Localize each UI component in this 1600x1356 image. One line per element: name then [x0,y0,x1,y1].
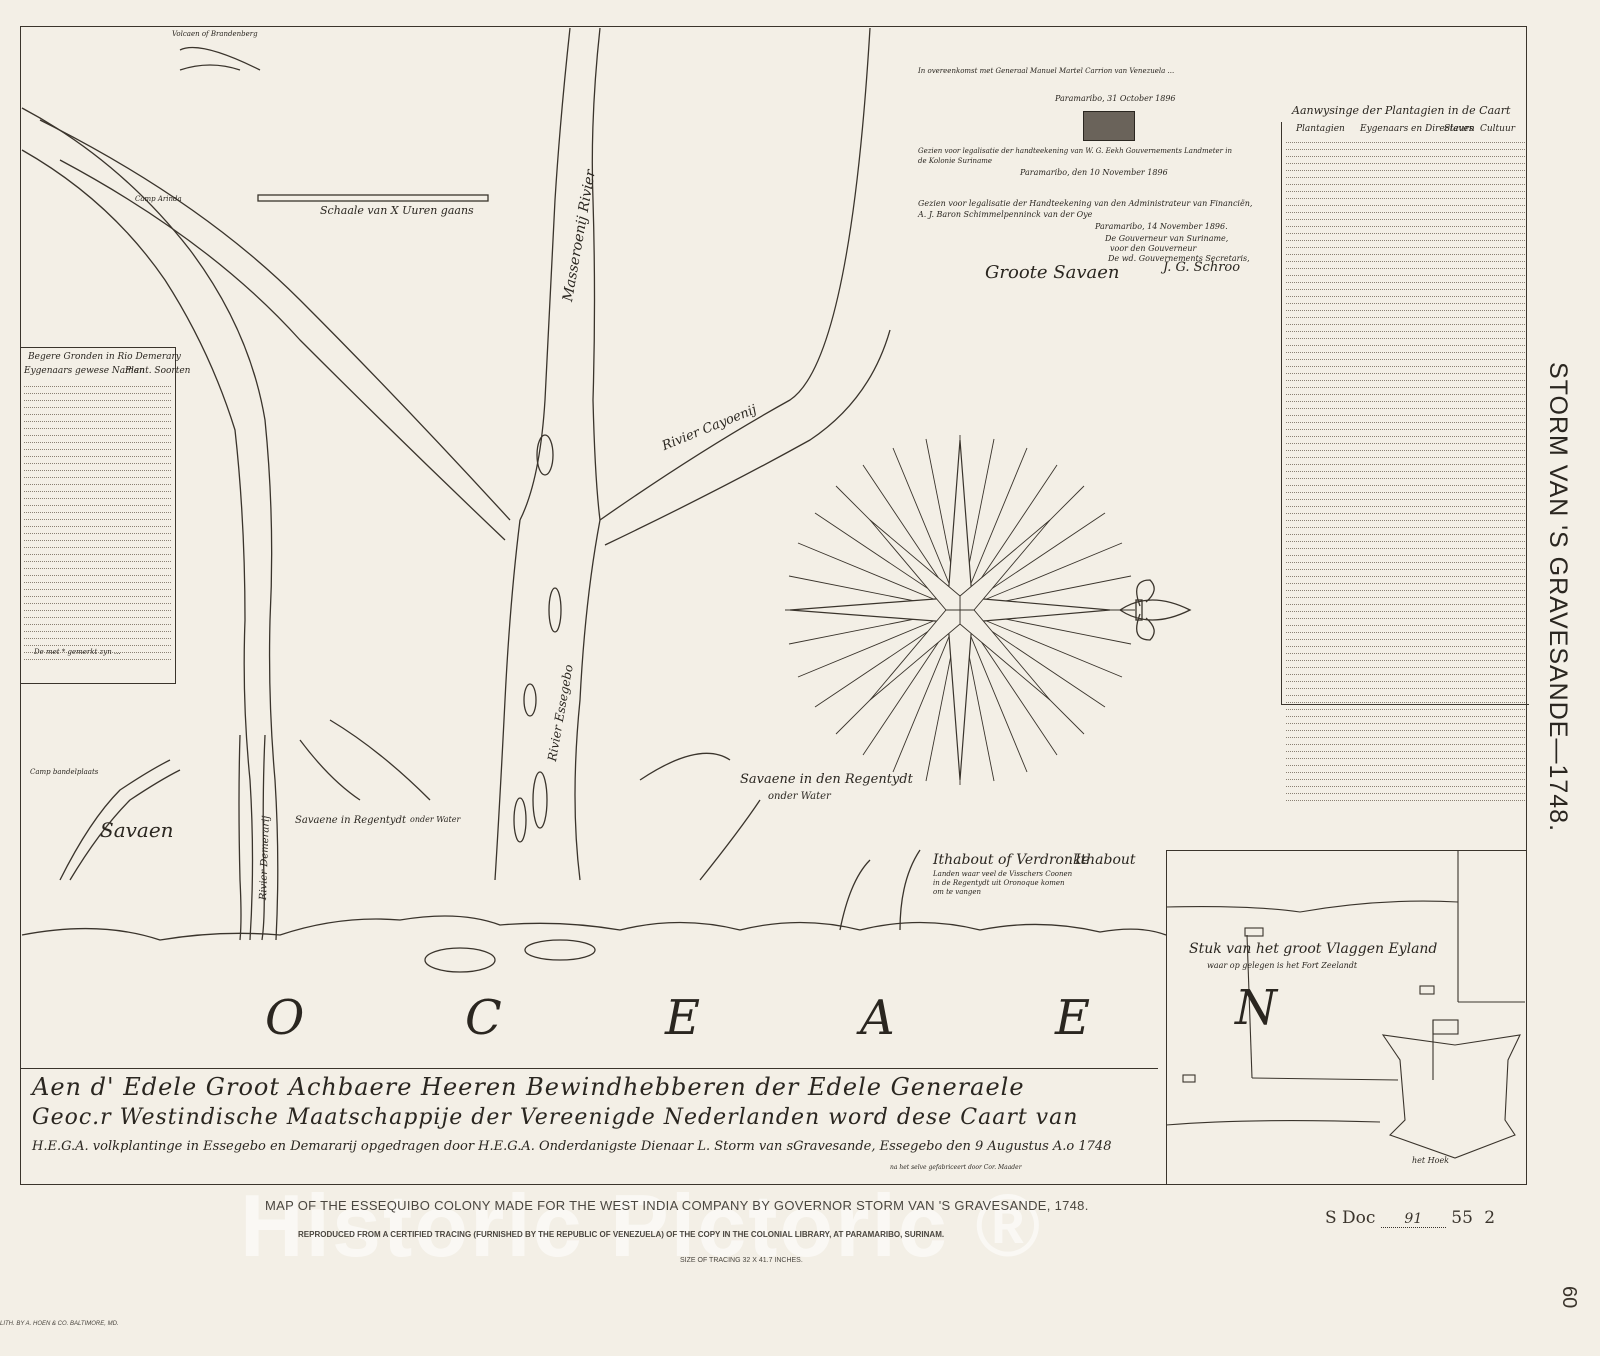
ocean-letter: C [465,990,502,1046]
cert-note-2: Gezien voor legalisatie der handteekenin… [918,146,1238,166]
doc-reference: S Doc 91 55 2 [1325,1208,1495,1228]
dedication-line-1: Aen d' Edele Groot Achbaere Heeren Bewin… [32,1073,1025,1101]
cert-note-3: Gezien voor legalisatie der Handteekenin… [918,198,1253,220]
cert-signature: J. G. Schroo [1163,260,1240,275]
doc-session: 2 [1484,1208,1495,1228]
legend-left-rows [20,380,175,660]
legend-left-note: De met * gemerkt zyn ... [34,648,121,656]
dedication-line-3: H.E.G.A. volkplantinge in Essegebo en De… [32,1139,1111,1154]
page-number: 60 [1557,1286,1580,1308]
caption-subtitle: REPRODUCED FROM A CERTIFIED TRACING (FUR… [298,1230,944,1239]
dedication-note: na het selve gefabriceert door Cor. Maad… [890,1164,1022,1171]
legend-right: Plantagien Eygenaars en Directeurs Slave… [1281,122,1529,705]
region-label-savaene-left: Savaene in Regentydt [295,815,406,826]
cert-date-3: Paramaribo, 14 November 1896. [1095,222,1228,231]
verdronke-note: Landen waar veel de Visschers Coonen in … [933,870,1073,897]
legend-right-rows [1282,136,1529,801]
region-label-ithabout-verdronke: Ithabout of Verdronke [933,852,1090,868]
dedication-cartouche: Aen d' Edele Groot Achbaere Heeren Bewin… [20,1068,1158,1184]
inset-title: Stuk van het groot Vlaggen Eyland [1189,941,1437,957]
region-label-savaen: Savaen [100,818,174,842]
cert-note-1: In overeenkomst met Generaal Manuel Mart… [918,66,1238,76]
ocean-letter: E [1055,990,1090,1046]
doc-number: 91 [1381,1211,1446,1228]
caption-printer: LITH. BY A. HOEN & CO. BALTIMORE, MD. [0,1321,119,1327]
revenue-stamp [1083,111,1135,141]
legend-right-title: Aanwysinge der Plantagien in de Caart [1292,104,1510,117]
dedication-line-2: Geoc.r Westindische Maatschappije der Ve… [32,1105,1078,1130]
ocean-letter: E [665,990,700,1046]
region-label-savaene-regentydt: Savaene in den Regentydt [740,772,913,787]
doc-prefix: S Doc [1325,1208,1375,1228]
ocean-letter: A [860,990,895,1046]
cert-signoff-1: De Gouverneur van Suriname, [1105,234,1228,243]
caption-size-note: SIZE OF TRACING 32 X 41.7 INCHES. [680,1257,803,1264]
legend-right-col: Plantagien [1296,124,1345,134]
legend-left-col: Eygenaars [24,366,72,376]
region-label-onder-water: onder Water [768,791,831,802]
inset-het-hoek: het Hoek [1412,1156,1449,1165]
cert-date-2: Paramaribo, den 10 November 1896 [1020,168,1168,177]
legend-left-col: Plant. Soorten [125,366,190,376]
region-label-groote-savaen: Groote Savaen [985,262,1119,283]
inset-subtitle: waar op gelegen is het Fort Zeelandt [1207,961,1357,970]
region-label-ithabout: Ithabout [1075,852,1136,868]
arinda-note: Camp Arinda [135,195,182,203]
scale-bar-label: Schaale van X Uuren gaans [320,204,474,217]
doc-congress: 55 [1451,1208,1473,1228]
region-label-onder-water-left: onder Water [410,815,460,824]
vertical-title: STORM VAN 'S GRAVESANDE—1748. [1543,362,1572,832]
cert-date-1: Paramaribo, 31 October 1896 [1055,94,1176,103]
cert-signoff-2: voor den Gouverneur [1110,244,1196,253]
caption-title: MAP OF THE ESSEQUIBO COLONY MADE FOR THE… [265,1198,1089,1213]
volcano-note: Volcaen of Brandenberg [172,30,258,38]
ocean-letter: O [265,990,304,1046]
watermark: Historic Pictoric ® [240,1175,1042,1277]
legend-right-col: Cultuur [1480,124,1515,134]
camp-note: Camp bandelplaats [30,768,98,776]
legend-right-col: Slaven [1444,124,1475,134]
inset-fort-zeelandt: Stuk van het groot Vlaggen Eyland waar o… [1166,850,1526,1184]
legend-left-title: Begere Gronden in Rio Demerary [28,352,181,362]
legend-left: Begere Gronden in Rio Demerary Eygenaars… [20,347,176,684]
compass-rose-icon [785,435,1190,785]
